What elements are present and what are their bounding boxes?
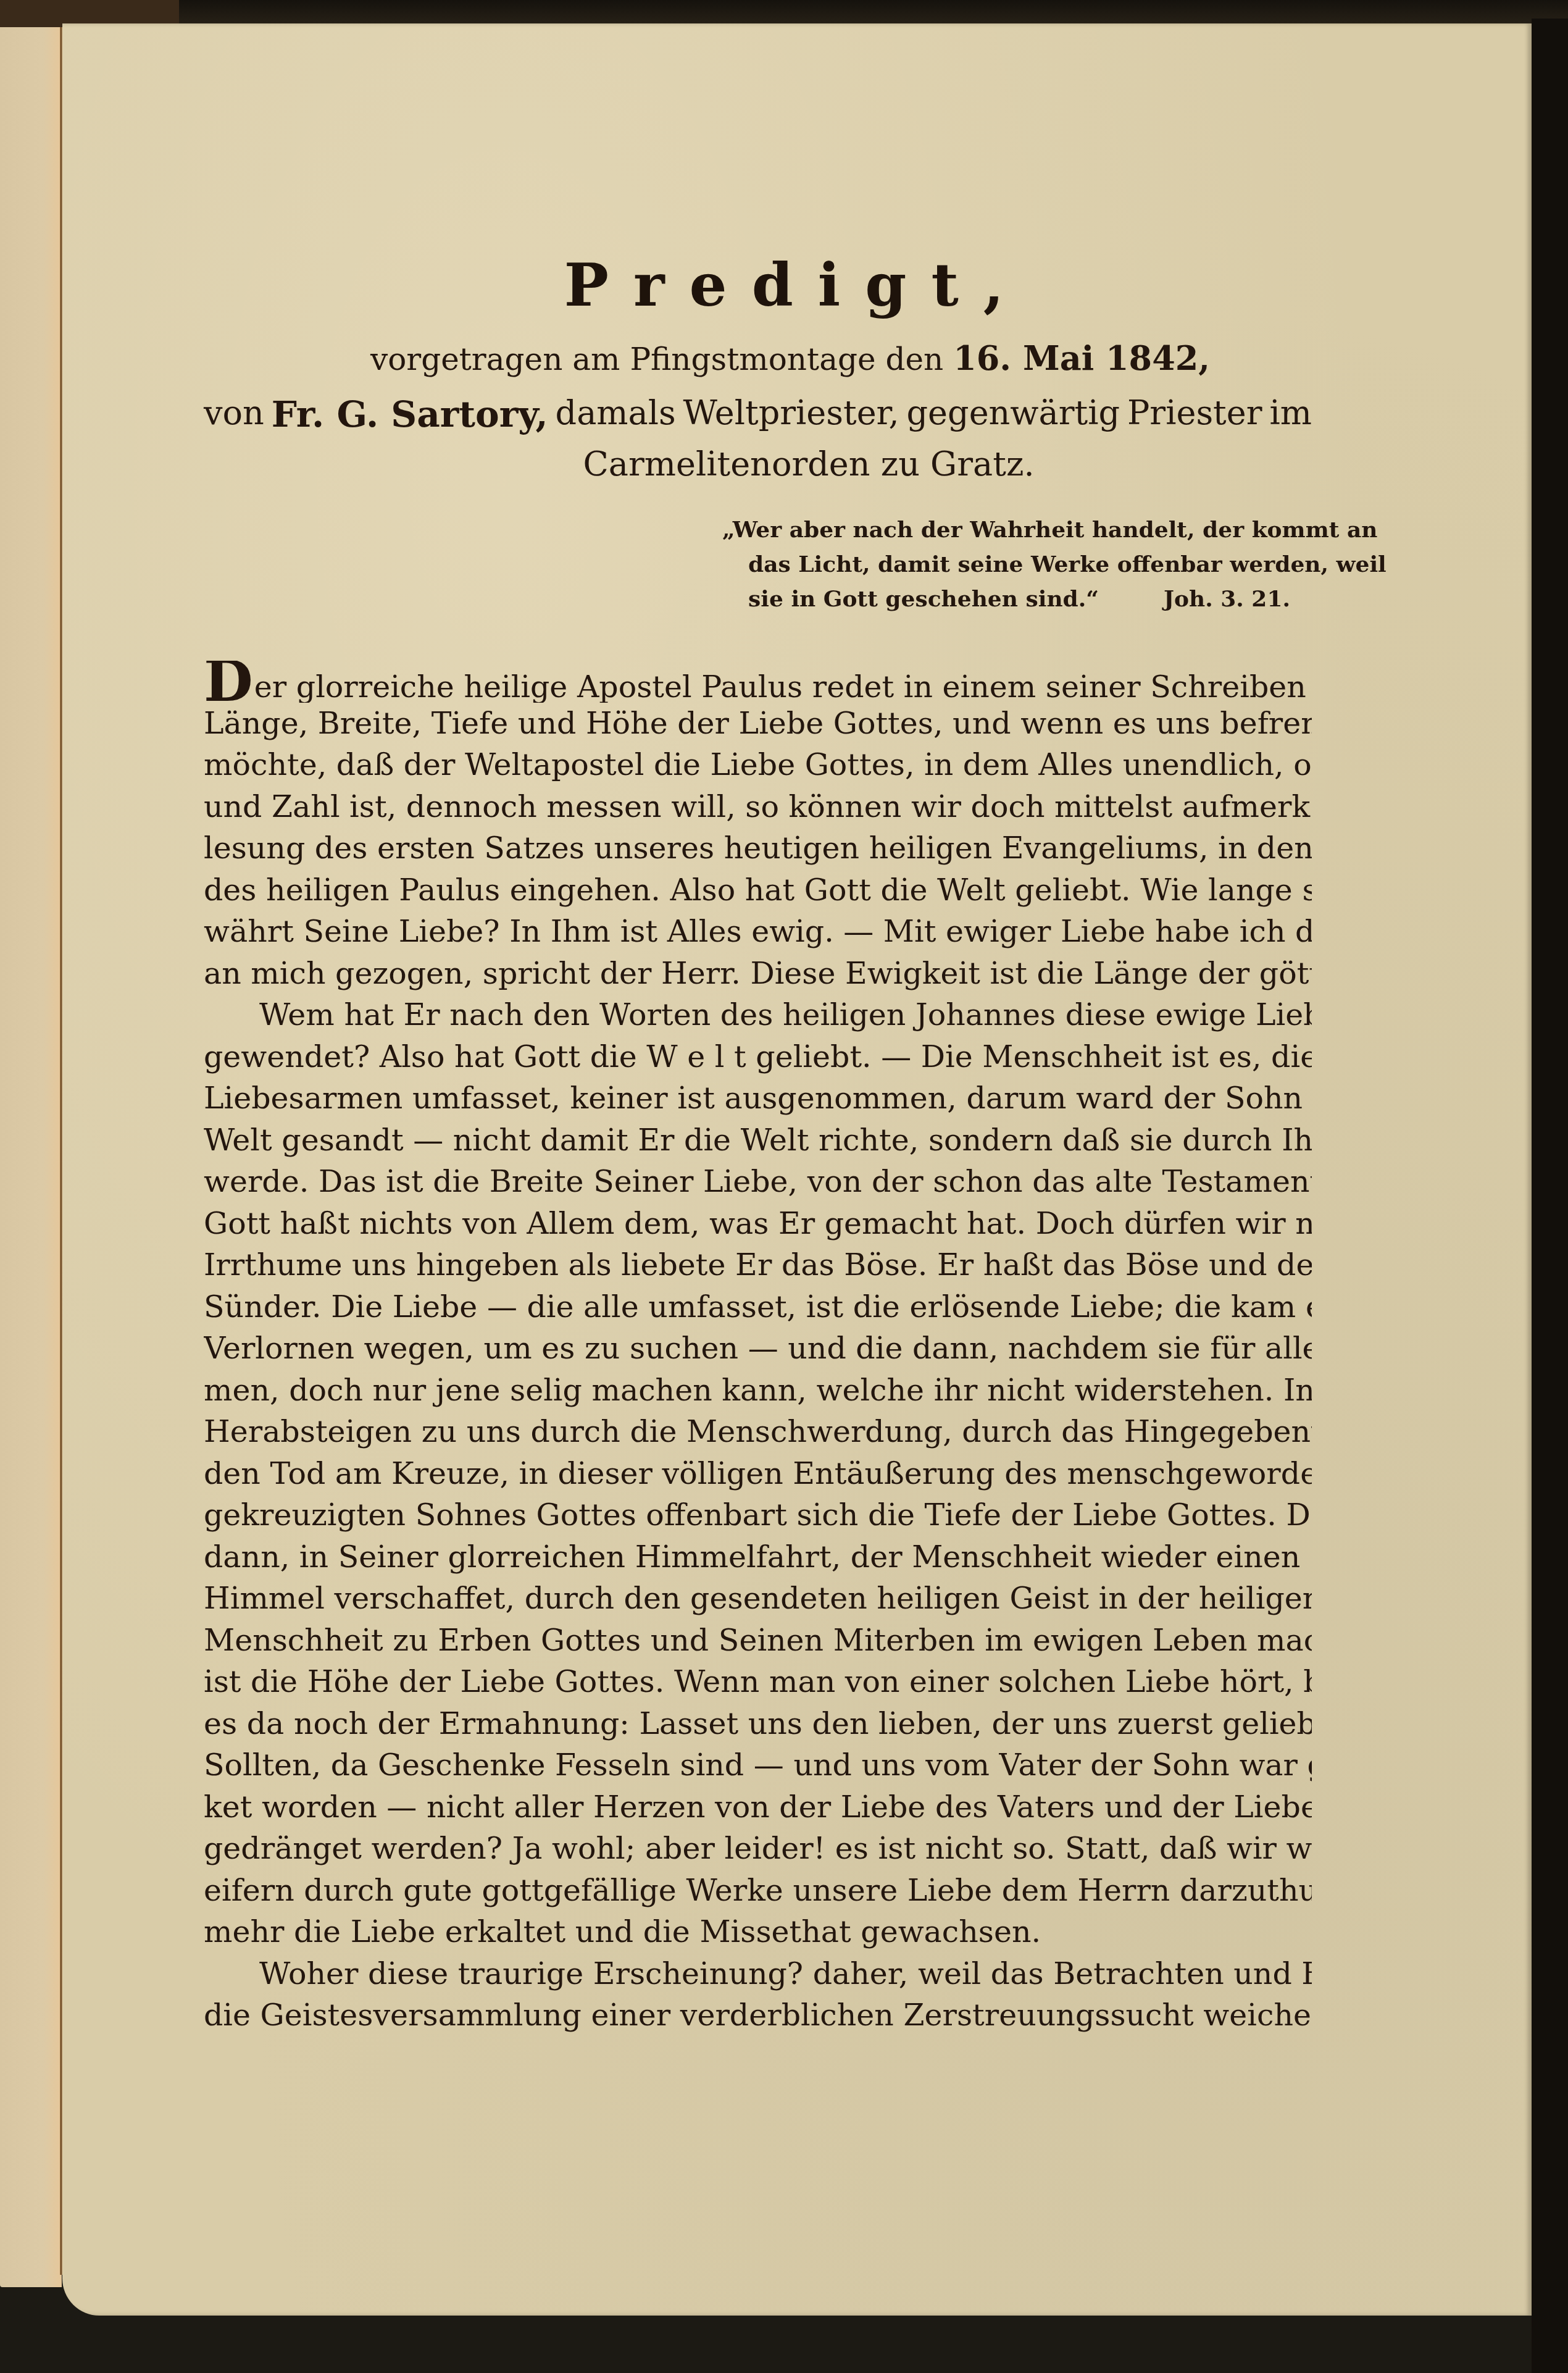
- author-word: gegenwärtig: [907, 393, 1120, 435]
- body-line: den Tod am Kreuze, in dieser völligen En…: [204, 1453, 1312, 1495]
- body-line: mehr die Liebe erkaltet und die Missetha…: [204, 1911, 1312, 1953]
- body-line: Irrthume uns hingeben als liebete Er das…: [204, 1244, 1312, 1286]
- author-line: von Fr. G. Sartory, damals Weltpriester,…: [204, 393, 1312, 435]
- epigraph-quote: „Wer aber nach der Wahrheit handelt, der…: [722, 513, 1309, 616]
- author-name: Fr. G. Sartory,: [272, 393, 548, 435]
- body-line: des heiligen Paulus eingehen. Also hat G…: [204, 869, 1312, 911]
- body-line: Der glorreiche heilige Apostel Paulus re…: [204, 661, 1312, 703]
- body-line: eifern durch gute gottgefällige Werke un…: [204, 1870, 1312, 1912]
- sermon-title: Predigt,: [0, 250, 1568, 320]
- body-line: Himmel verschaffet, durch den gesendeten…: [204, 1578, 1312, 1620]
- author-prefix: von: [204, 393, 264, 435]
- body-line: men, doch nur jene selig machen kann, we…: [204, 1370, 1312, 1412]
- body-line: Menschheit zu Erben Gottes und Seinen Mi…: [204, 1620, 1312, 1662]
- epigraph-last-line: sie in Gott geschehen sind.“ Joh. 3. 21.: [722, 582, 1309, 616]
- sermon-date: 16. Mai 1842,: [953, 338, 1210, 378]
- body-line: dann, in Seiner glorreichen Himmelfahrt,…: [204, 1536, 1312, 1578]
- body-line: gekreuzigten Sohnes Gottes offenbart sic…: [204, 1494, 1312, 1536]
- body-line: gedränget werden? Ja wohl; aber leider! …: [204, 1828, 1312, 1870]
- body-line: Herabsteigen zu uns durch die Menschwerd…: [204, 1411, 1312, 1453]
- drop-cap: D: [204, 661, 253, 703]
- body-line: die Geistesversammlung einer verderblich…: [204, 1994, 1312, 2036]
- sermon-body: Der glorreiche heilige Apostel Paulus re…: [204, 661, 1312, 2036]
- body-line: währt Seine Liebe? In Ihm ist Alles ewig…: [204, 911, 1312, 953]
- body-line: Gott haßt nichts von Allem dem, was Er g…: [204, 1203, 1312, 1245]
- order-line: Carmelitenorden zu Gratz.: [0, 445, 1568, 483]
- body-line: Liebesarmen umfasset, keiner ist ausgeno…: [204, 1078, 1312, 1120]
- subtitle-text: vorgetragen am Pfingstmontage den: [370, 341, 943, 377]
- body-line: werde. Das ist die Breite Seiner Liebe, …: [204, 1161, 1312, 1203]
- body-line: Wem hat Er nach den Worten des heiligen …: [204, 994, 1312, 1036]
- sermon-subtitle: vorgetragen am Pfingstmontage den 16. Ma…: [0, 338, 1568, 378]
- body-line: und Zahl ist, dennoch messen will, so kö…: [204, 786, 1312, 828]
- body-line: gewendet? Also hat Gott die W e l t geli…: [204, 1036, 1312, 1078]
- body-line: Sünder. Die Liebe — die alle umfasset, i…: [204, 1286, 1312, 1328]
- author-word: Weltpriester,: [683, 393, 899, 435]
- bible-reference: Joh. 3. 21.: [1164, 582, 1290, 616]
- body-line: ist die Höhe der Liebe Gottes. Wenn man …: [204, 1661, 1312, 1703]
- body-line: es da noch der Ermahnung: Lasset uns den…: [204, 1703, 1312, 1745]
- author-word: Priester: [1127, 393, 1262, 435]
- author-word: im: [1269, 393, 1311, 435]
- body-line: Welt gesandt — nicht damit Er die Welt r…: [204, 1120, 1312, 1161]
- author-word: damals: [556, 393, 676, 435]
- body-line: Verlornen wegen, um es zu suchen — und d…: [204, 1328, 1312, 1370]
- body-line: Länge, Breite, Tiefe und Höhe der Liebe …: [204, 703, 1312, 745]
- epigraph-line: „Wer aber nach der Wahrheit handelt, der…: [722, 513, 1309, 547]
- body-line: an mich gezogen, spricht der Herr. Diese…: [204, 953, 1312, 995]
- body-line: möchte, daß der Weltapostel die Liebe Go…: [204, 744, 1312, 786]
- body-line: Woher diese traurige Erscheinung? daher,…: [204, 1953, 1312, 1995]
- body-line: lesung des ersten Satzes unseres heutige…: [204, 827, 1312, 869]
- epigraph-line: das Licht, damit seine Werke offenbar we…: [722, 547, 1309, 582]
- body-line: ket worden — nicht aller Herzen von der …: [204, 1786, 1312, 1828]
- body-line: Sollten, da Geschenke Fesseln sind — und…: [204, 1744, 1312, 1786]
- epigraph-line: sie in Gott geschehen sind.“: [748, 582, 1099, 616]
